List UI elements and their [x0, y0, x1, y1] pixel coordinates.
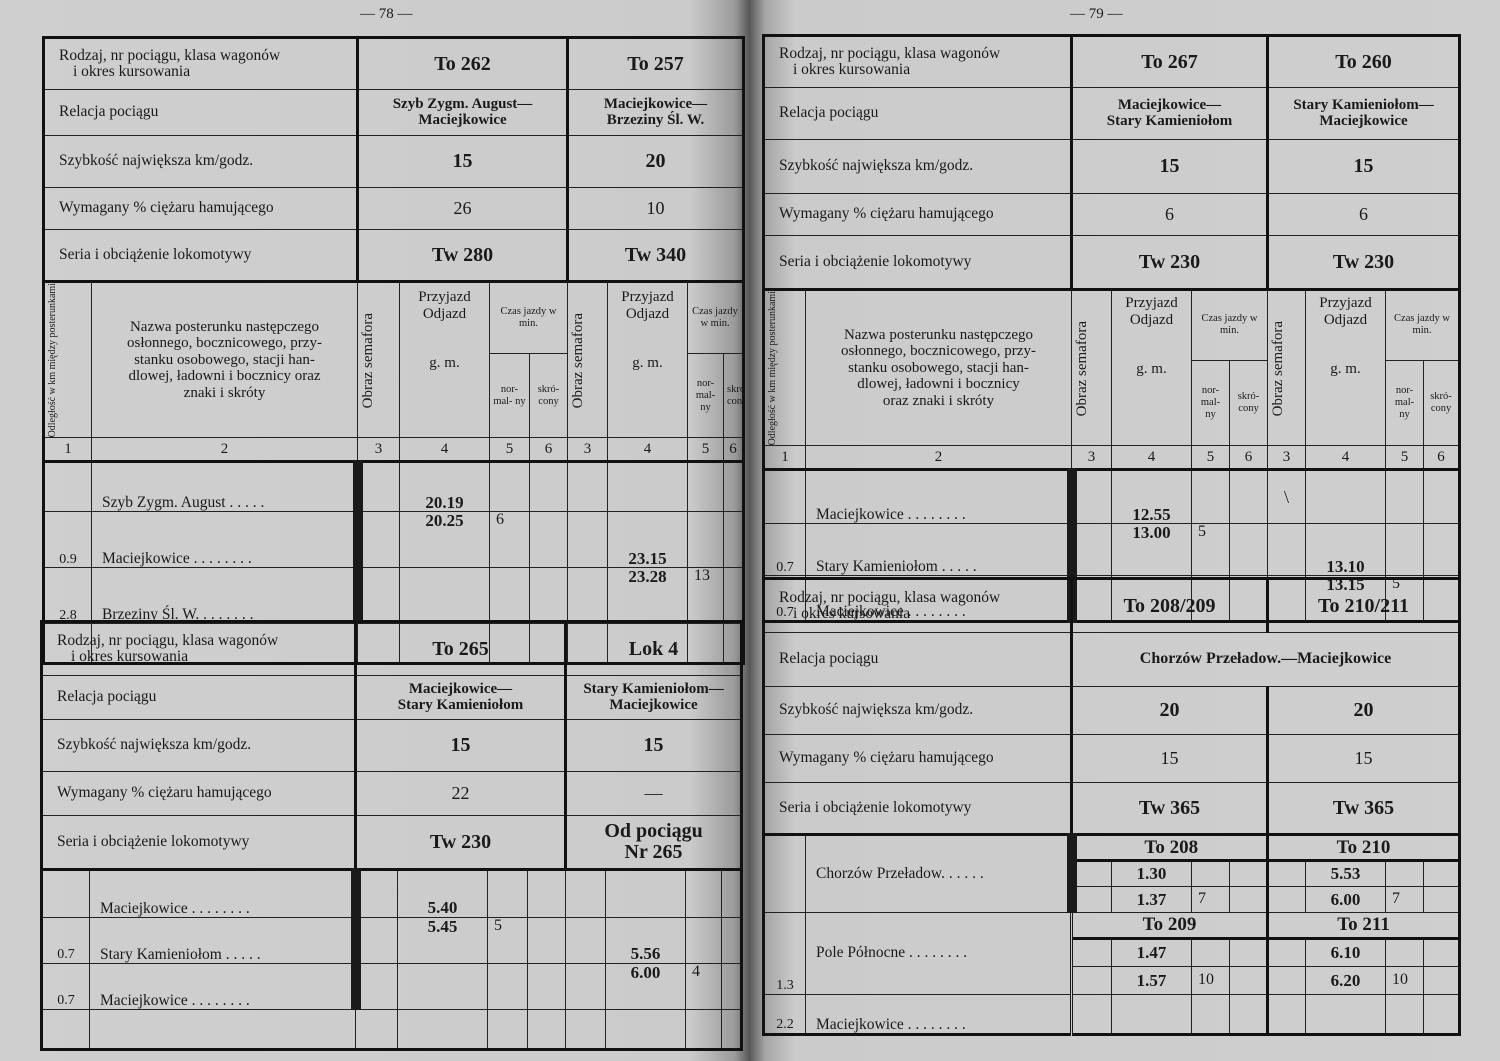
column-number: 1 — [44, 438, 92, 462]
max-speed: 15 — [356, 720, 566, 772]
distance-km: 0.7 — [764, 524, 806, 576]
distance-km: 0.7 — [42, 964, 90, 1010]
locomotive: Od pociąguNr 265 — [566, 816, 742, 870]
travel-minutes: 7 — [1386, 887, 1424, 913]
travel-time-header: Czas jazdy w min. — [1192, 290, 1268, 361]
relation-label: Relacja pociągu — [764, 633, 1072, 687]
column-number: 4 — [1306, 446, 1386, 470]
train-type-label: Rodzaj, nr pociągu, klasa wagonówi okres… — [764, 579, 1072, 633]
arrival-time: 13.10 — [1306, 524, 1386, 576]
page-number: — 78 — — [360, 6, 413, 23]
train-number: To 262 — [358, 38, 568, 90]
train-number: To 267 — [1072, 36, 1268, 88]
column-number: 6 — [1230, 446, 1268, 470]
station-name: Chorzów Przeładow. . . . . . — [806, 835, 1072, 913]
arr-dep-header: PrzyjazdOdjazdg. m. — [400, 282, 490, 438]
timetable-block-to208-to210: Rodzaj, nr pociągu, klasa wagonówi okres… — [762, 577, 1461, 1036]
station-name: Szyb Zygm. August . . . . . — [92, 462, 358, 512]
brake-label: Wymagany % ciężaru hamującego — [44, 188, 358, 230]
arrival-time: 1.30 — [1112, 861, 1192, 887]
brake-percent: 15 — [1072, 735, 1268, 783]
relation-label: Relacja pociągu — [764, 88, 1072, 140]
brake-percent: 10 — [568, 188, 744, 230]
train-type-label: Rodzaj, nr pociągu, klasa wagonówi okres… — [764, 36, 1072, 88]
station-name: Stary Kamieniołom . . . . . — [90, 918, 356, 964]
travel-time-header: Czas jazdy w min. — [490, 282, 568, 354]
loco-label: Seria i obciążenie lokomotywy — [764, 783, 1072, 835]
station-name: Maciejkowice . . . . . . . . — [92, 512, 358, 568]
brake-percent: 26 — [358, 188, 568, 230]
locomotive: Tw 365 — [1072, 783, 1268, 835]
distance-km — [764, 835, 806, 913]
speed-label: Szybkość największa km/godz. — [42, 720, 356, 772]
station-name: Maciejkowice . . . . . . . . — [806, 470, 1072, 524]
column-number: 4 — [400, 438, 490, 462]
distance-km: 0.7 — [42, 918, 90, 964]
subtrain-label: To 208 — [1072, 835, 1268, 861]
travel-time-header: Czas jazdy w min. — [688, 282, 744, 354]
travel-time-header: Czas jazdy w min. — [1386, 290, 1460, 361]
locomotive: Tw 230 — [1268, 236, 1460, 290]
page-number: — 79 — — [1070, 6, 1123, 23]
brake-percent: 6 — [1268, 194, 1460, 236]
brake-percent: 15 — [1268, 735, 1460, 783]
table-row: 0.7 Maciejkowice . . . . . . . . 6.00 4 — [42, 964, 742, 1010]
arrival-time: 5.53 — [1306, 861, 1386, 887]
locomotive: Tw 280 — [358, 230, 568, 282]
column-number: 3 — [1072, 446, 1112, 470]
locomotive: Tw 230 — [356, 816, 566, 870]
travel-minutes: 7 — [1192, 887, 1230, 913]
column-number: 5 — [490, 438, 530, 462]
train-number: To 265 — [356, 622, 566, 676]
brake-label: Wymagany % ciężaru hamującego — [42, 772, 356, 816]
max-speed: 20 — [1072, 687, 1268, 735]
departure-time: 13.00 — [1112, 524, 1192, 576]
departure-time: 6.00 — [606, 964, 686, 1010]
arrival-time: 5.40 — [398, 870, 488, 918]
arrival-time: 23.15 — [608, 512, 688, 568]
travel-minutes: 10 — [1192, 967, 1230, 995]
train-number: To 208/209 — [1072, 579, 1268, 633]
brake-label: Wymagany % ciężaru hamującego — [764, 194, 1072, 236]
table-row: Maciejkowice . . . . . . . . 12.55 \ — [764, 470, 1460, 524]
shortened-header: skró- cony — [1230, 360, 1268, 446]
normal-header: nor- mal- ny — [1386, 360, 1424, 446]
station-name-header: Nazwa posterunku następczego osłonnego, … — [92, 282, 358, 438]
shortened-header: skró- cony — [530, 354, 568, 438]
semaphore-header: Obraz semafora — [568, 282, 608, 438]
loco-label: Seria i obciążenie lokomotywy — [42, 816, 356, 870]
semaphore-slash-mark: \ — [1268, 470, 1306, 524]
distance-km: 2.8 — [44, 568, 92, 624]
column-number: 5 — [1386, 446, 1424, 470]
train-relation: Maciejkowice—Stary Kamieniołom — [356, 676, 566, 720]
loco-label: Seria i obciążenie lokomotywy — [764, 236, 1072, 290]
travel-minutes: 4 — [686, 964, 722, 1010]
locomotive: Tw 230 — [1072, 236, 1268, 290]
column-number: 2 — [806, 446, 1072, 470]
normal-header: nor- mal- ny — [490, 354, 530, 438]
arrival-time: 1.47 — [1112, 939, 1192, 967]
travel-minutes: 10 — [1386, 967, 1424, 995]
table-row: 2.2 Maciejkowice . . . . . . . . — [764, 995, 1460, 1035]
station-name: Pole Północne . . . . . . . . — [806, 913, 1072, 995]
semaphore-header: Obraz semafora — [1072, 290, 1112, 446]
train-type-label: Rodzaj, nr pociągu, klasa wagonówi okres… — [44, 38, 358, 90]
subtrain-label: To 211 — [1268, 913, 1460, 939]
locomotive: Tw 340 — [568, 230, 744, 282]
table-row: 0.7 Stary Kamieniołom . . . . . 13.00 5 … — [764, 524, 1460, 576]
table-row: Szyb Zygm. August . . . . . 20.19 — [44, 462, 744, 512]
train-relation: Stary Kamieniołom—Maciejkowice — [1268, 88, 1460, 140]
train-number: Lok 4 — [566, 622, 742, 676]
locomotive: Tw 365 — [1268, 783, 1460, 835]
column-number: 2 — [92, 438, 358, 462]
column-number: 1 — [764, 446, 806, 470]
table-row: 2.8 Brzeziny Śl. W. . . . . . . . 23.28 … — [44, 568, 744, 624]
departure-time: 6.20 — [1306, 967, 1386, 995]
arrival-time: 6.10 — [1306, 939, 1386, 967]
station-name: Maciejkowice . . . . . . . . — [90, 964, 356, 1010]
train-relation: Stary Kamieniołom—Maciejkowice — [566, 676, 742, 720]
column-number: 6 — [724, 438, 744, 462]
column-number: 3 — [1268, 446, 1306, 470]
column-number: 3 — [358, 438, 400, 462]
train-type-label: Rodzaj, nr pociągu, klasa wagonówi okres… — [42, 622, 356, 676]
column-number: 5 — [1192, 446, 1230, 470]
departure-time: 5.45 — [398, 918, 488, 964]
distance-km — [764, 470, 806, 524]
table-row: 0.9 Maciejkowice . . . . . . . . 20.25 6… — [44, 512, 744, 568]
column-number: 4 — [608, 438, 688, 462]
departure-time: 1.57 — [1112, 967, 1192, 995]
station-name: Maciejkowice . . . . . . . . — [90, 870, 356, 918]
distance-header: Odległość w km między posterunkami — [764, 290, 806, 446]
timetable-block-to265-lok4: Rodzaj, nr pociągu, klasa wagonówi okres… — [40, 620, 743, 1051]
arr-dep-header: PrzyjazdOdjazdg. m. — [608, 282, 688, 438]
distance-km — [44, 462, 92, 512]
arrival-time: 20.19 — [400, 462, 490, 512]
speed-label: Szybkość największa km/godz. — [764, 140, 1072, 194]
brake-percent: 22 — [356, 772, 566, 816]
timetable-block-to262-to257: Rodzaj, nr pociągu, klasa wagonówi okres… — [42, 36, 745, 665]
train-relation: Maciejkowice—Stary Kamieniołom — [1072, 88, 1268, 140]
station-name-header: Nazwa posterunku następczego osłonnego, … — [806, 290, 1072, 446]
train-relation: Chorzów Przeładow.—Maciejkowice — [1072, 633, 1460, 687]
semaphore-header: Obraz semafora — [1268, 290, 1306, 446]
train-number: To 257 — [568, 38, 744, 90]
max-speed: 15 — [566, 720, 742, 772]
train-number: To 260 — [1268, 36, 1460, 88]
max-speed: 15 — [358, 136, 568, 188]
departure-time: 6.00 — [1306, 887, 1386, 913]
normal-header: nor- mal- ny — [1192, 360, 1230, 446]
travel-minutes: 6 — [490, 512, 530, 568]
relation-label: Relacja pociągu — [44, 90, 358, 136]
normal-header: nor- mal- ny — [688, 354, 724, 438]
page-79: — 79 — Rodzaj, nr pociągu, klasa wagonów… — [750, 0, 1500, 1061]
station-name: Brzeziny Śl. W. . . . . . . . — [92, 568, 358, 624]
train-relation: Maciejkowice—Brzeziny Śl. W. — [568, 90, 744, 136]
departure-time: 1.37 — [1112, 887, 1192, 913]
travel-minutes: 5 — [1192, 524, 1230, 576]
arrival-time: 12.55 — [1112, 470, 1192, 524]
page-78: — 78 — Rodzaj, nr pociągu, klasa wagonów… — [0, 0, 750, 1061]
station-name: Maciejkowice . . . . . . . . — [806, 995, 1072, 1035]
brake-percent: — — [566, 772, 742, 816]
column-number: 6 — [530, 438, 568, 462]
max-speed: 20 — [1268, 687, 1460, 735]
subtrain-label: To 209 — [1072, 913, 1268, 939]
departure-time: 23.28 — [608, 568, 688, 624]
brake-percent: 6 — [1072, 194, 1268, 236]
column-number: 6 — [1424, 446, 1460, 470]
column-number: 3 — [568, 438, 608, 462]
arr-dep-header: PrzyjazdOdjazdg. m. — [1112, 290, 1192, 446]
station-name: Stary Kamieniołom . . . . . — [806, 524, 1072, 576]
loco-label: Seria i obciążenie lokomotywy — [44, 230, 358, 282]
speed-label: Szybkość największa km/godz. — [764, 687, 1072, 735]
max-speed: 15 — [1268, 140, 1460, 194]
travel-minutes: 13 — [688, 568, 724, 624]
subtrain-label: To 210 — [1268, 835, 1460, 861]
arr-dep-header: PrzyjazdOdjazdg. m. — [1306, 290, 1386, 446]
relation-label: Relacja pociągu — [42, 676, 356, 720]
speed-label: Szybkość największa km/godz. — [44, 136, 358, 188]
travel-minutes: 5 — [488, 918, 528, 964]
distance-km: 2.2 — [764, 995, 806, 1035]
train-number: To 210/211 — [1268, 579, 1460, 633]
departure-time: 20.25 — [400, 512, 490, 568]
distance-km — [42, 870, 90, 918]
table-row: Maciejkowice . . . . . . . . 5.40 — [42, 870, 742, 918]
distance-km: 0.9 — [44, 512, 92, 568]
arrival-time: 5.56 — [606, 918, 686, 964]
shortened-header: skró- cony — [724, 354, 744, 438]
column-number: 4 — [1112, 446, 1192, 470]
timetable-block-to267-to260: Rodzaj, nr pociągu, klasa wagonówi okres… — [762, 34, 1461, 623]
semaphore-header: Obraz semafora — [358, 282, 400, 438]
shortened-header: skró- cony — [1424, 360, 1460, 446]
max-speed: 15 — [1072, 140, 1268, 194]
brake-label: Wymagany % ciężaru hamującego — [764, 735, 1072, 783]
column-number: 5 — [688, 438, 724, 462]
distance-header: Odległość w km między posterunkami — [44, 282, 92, 438]
max-speed: 20 — [568, 136, 744, 188]
train-relation: Szyb Zygm. August—Maciejkowice — [358, 90, 568, 136]
distance-km: 1.3 — [764, 913, 806, 995]
table-row: 0.7 Stary Kamieniołom . . . . . 5.45 5 5… — [42, 918, 742, 964]
